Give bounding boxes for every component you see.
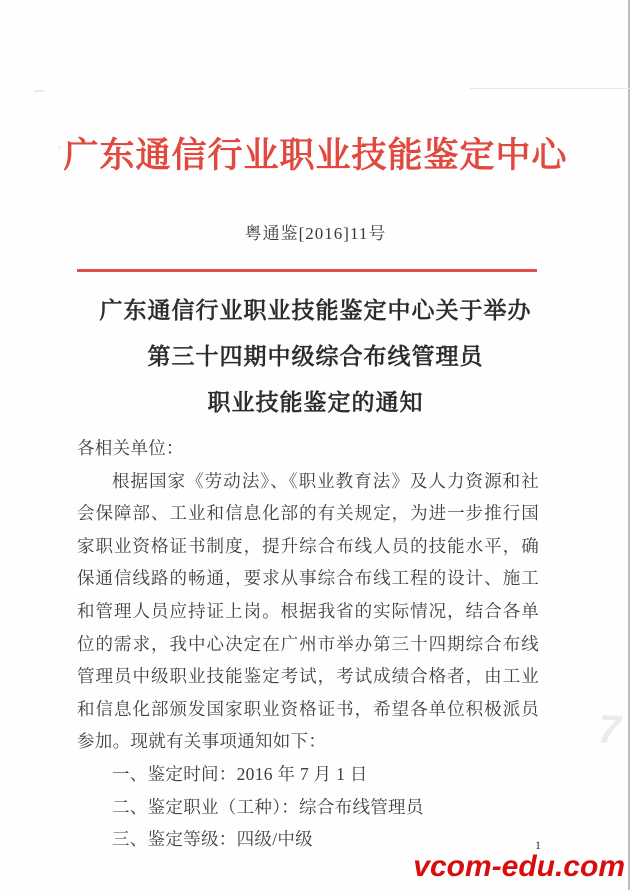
scan-smudge-artifact: 7	[596, 707, 621, 753]
notice-title-line-3: 职业技能鉴定的通知	[0, 380, 631, 426]
list-item-appraisal-time: 一、鉴定时间：2016 年 7 月 1 日	[77, 758, 539, 791]
document-number: 粤通鉴[2016]11号	[0, 219, 631, 244]
notice-title-line-2: 第三十四期中级综合布线管理员	[0, 334, 631, 380]
red-divider-rule	[77, 269, 537, 272]
list-item-appraisal-occupation: 二、鉴定职业（工种）：综合布线管理员	[77, 791, 539, 824]
notice-title: 广东通信行业职业技能鉴定中心关于举办 第三十四期中级综合布线管理员 职业技能鉴定…	[0, 288, 631, 426]
notice-body: 各相关单位： 根据国家《劳动法》、《职业教育法》及人力资源和社会保障部、工业和信…	[77, 432, 539, 856]
notice-title-line-1: 广东通信行业职业技能鉴定中心关于举办	[0, 288, 631, 334]
scanned-notice-page: 7 广东通信行业职业技能鉴定中心 粤通鉴[2016]11号 广东通信行业职业技能…	[0, 0, 631, 890]
site-watermark: vcom-edu.com	[413, 850, 625, 884]
scan-speck	[34, 90, 44, 92]
body-paragraph: 根据国家《劳动法》、《职业教育法》及人力资源和社会保障部、工业和信息化部的有关规…	[77, 465, 539, 758]
salutation: 各相关单位：	[77, 432, 539, 465]
letterhead-title: 广东通信行业职业技能鉴定中心	[0, 128, 631, 178]
scan-hairline-artifact	[470, 88, 631, 89]
